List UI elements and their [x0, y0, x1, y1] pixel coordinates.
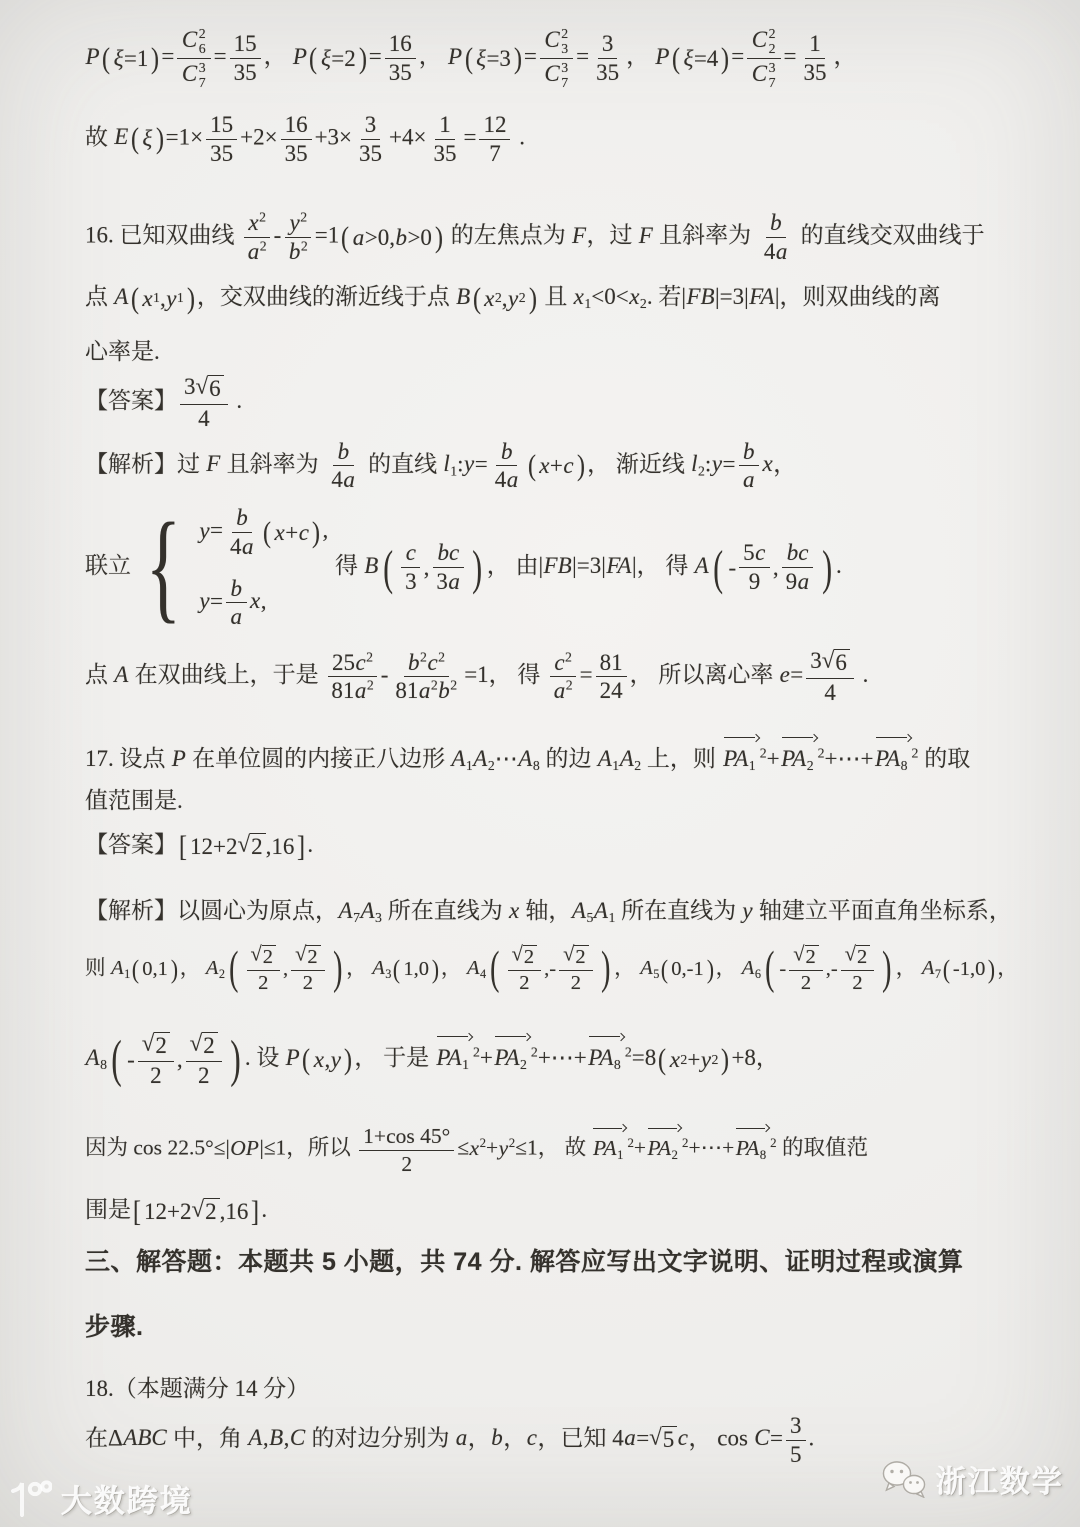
math-line: 【答案】[12+2√2,16].	[85, 828, 1048, 863]
math-line: 点 A(x1,y1)，交双曲线的渐近线于点 B(x2,y2) 且 x1<0<x2…	[85, 280, 1048, 315]
math-line: 围是[12+2√2,16].	[85, 1193, 1048, 1228]
watermark-text: 大数跨境	[61, 1476, 193, 1521]
math-line: 17. 设点 P 在单位圆的内接正八边形 A1A2⋯A8 的边 A1A2 上，则…	[85, 737, 1048, 775]
math-line: 18.（本题满分 14 分）	[85, 1372, 1048, 1405]
math-line: 【解析】以圆心为原点，A7A3 所在直线为 x 轴，A5A1 所在直线为 y 轴…	[85, 894, 1048, 927]
math-line: 【答案】3√64 .	[85, 374, 1048, 431]
watermark-text: 浙江数学	[936, 1457, 1064, 1501]
wechat-logo-icon	[881, 1460, 927, 1498]
math-line: 心率是.	[85, 335, 1048, 368]
watermark-bottom-right: 浙江数学	[881, 1457, 1064, 1501]
math-line: 三、解答题：本题共 5 小题，共 74 分. 解答应写出文字说明、证明过程或演算	[85, 1244, 1048, 1280]
math-line: 【解析】过 F 且斜率为 b4a 的直线 l1:y=b4a(x+c)， 渐近线 …	[85, 439, 1048, 494]
math-line: 值范围是.	[85, 784, 1048, 817]
math-line: 则 A1(0,1)， A2(√22,√22)， A3(1,0)， A4(√22,…	[85, 944, 1048, 996]
math-line: 故 E(ξ)=1×1535+2×1635+3×335+4×135=127 .	[85, 112, 1048, 167]
math-line: 联立{y=b4a(x+c),y=bax, 得 B(c3,bc3a)， 由|FB|…	[85, 505, 1048, 630]
math-line: 点 A 在双曲线上，于是 25c281a2-b2c281a2b2=1， 得 c2…	[85, 648, 1048, 705]
math-line: 步骤.	[85, 1309, 1048, 1345]
math-line: 16. 已知双曲线 x2a2-y2b2=1(a>0,b>0) 的左焦点为 F，过…	[85, 210, 1048, 265]
math-line: 因为 cos 22.5°≤|OP|≤1，所以 1+cos 45°2≤x2+y2≤…	[85, 1124, 1048, 1175]
math-line: A8(-√22,√22). 设 P(x,y)， 于是 PA12+PA22+⋯+P…	[85, 1031, 1048, 1088]
math-line: P(ξ=1)=C26C37=1535， P(ξ=2)=1635， P(ξ=3)=…	[85, 26, 1048, 91]
document-body: P(ξ=1)=C26C37=1535， P(ξ=2)=1635， P(ξ=3)=…	[85, 26, 1048, 1467]
watermark-bottom-left: 大数跨境	[4, 1476, 193, 1521]
dashukuajing-logo-icon	[4, 1478, 52, 1520]
scanned-exam-page: P(ξ=1)=C26C37=1535， P(ξ=2)=1635， P(ξ=3)=…	[0, 0, 1080, 1527]
